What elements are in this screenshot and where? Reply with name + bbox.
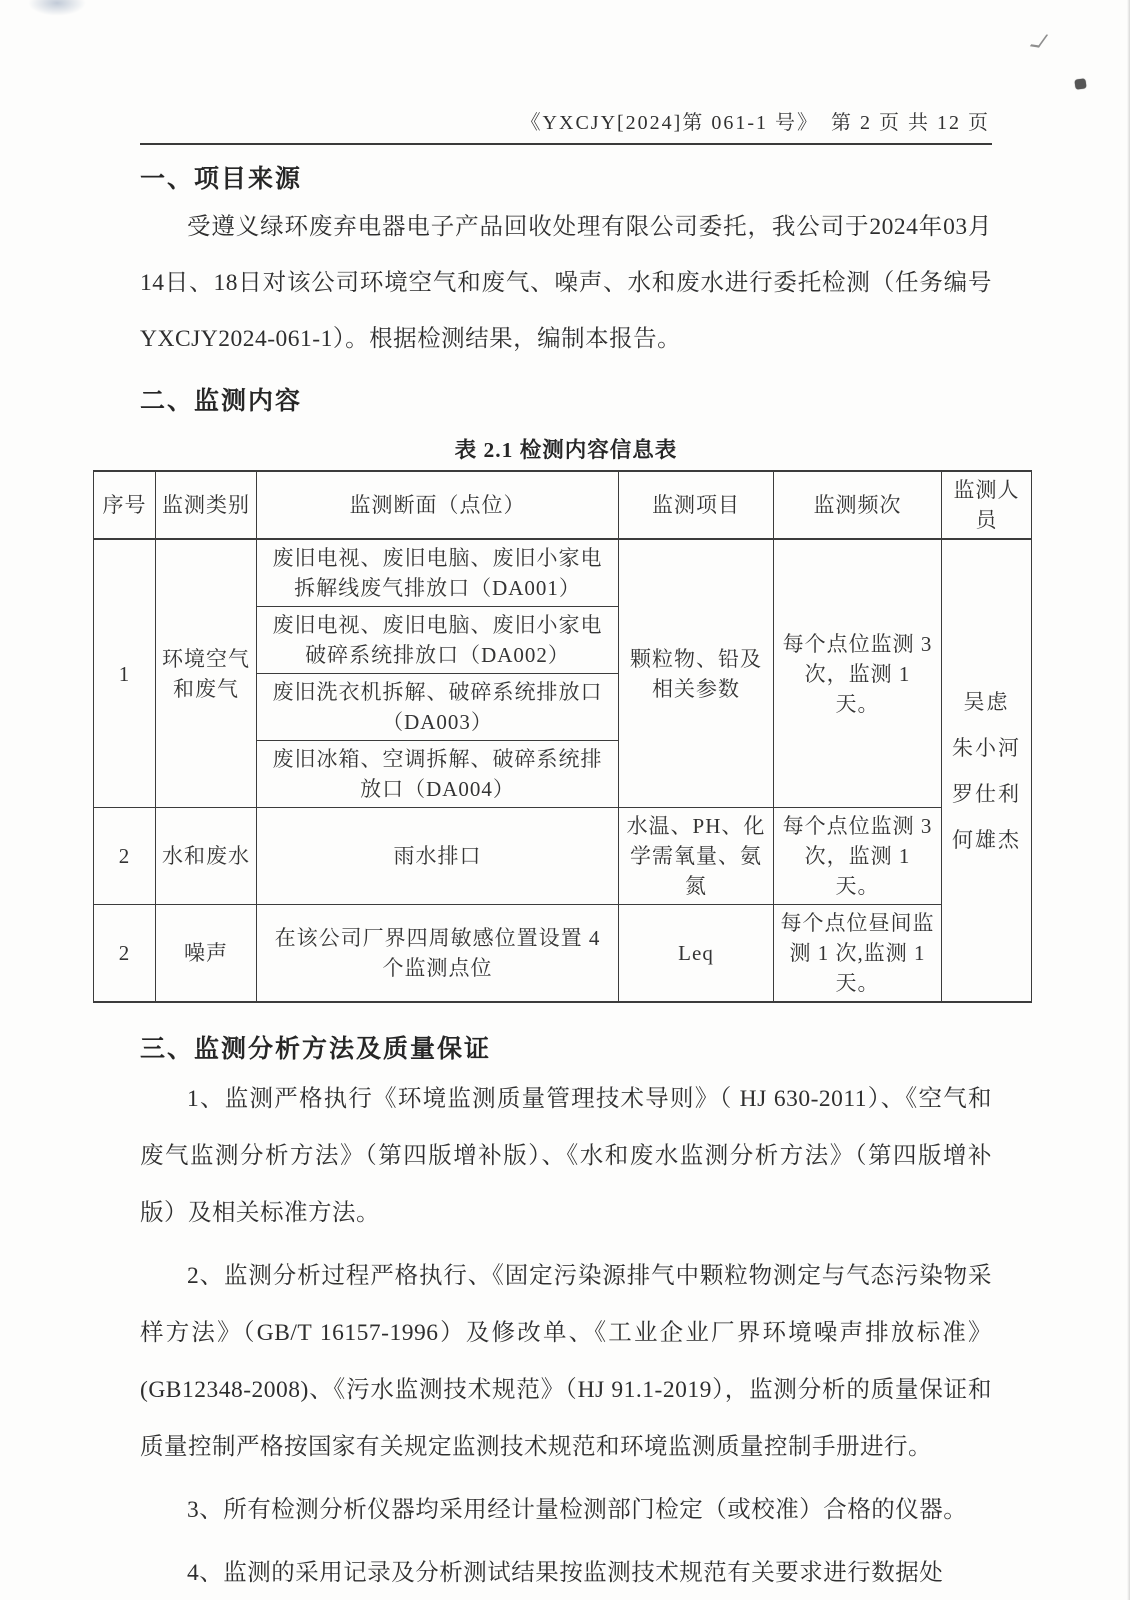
personnel-name: 罗仕利	[948, 779, 1025, 809]
scan-smudge-mark	[28, 0, 86, 16]
personnel-name: 朱小河	[948, 733, 1025, 763]
cell-project-water: 水温、PH、化学需氧量、氨氮	[619, 808, 774, 905]
header-category: 监测类别	[156, 471, 257, 539]
table-row: 2 水和废水 雨水排口 水温、PH、化学需氧量、氨氮 每个点位监测 3 次，监测…	[94, 808, 1032, 905]
cell-frequency-water: 每个点位监测 3 次，监测 1 天。	[774, 808, 942, 905]
section3-paragraph-4: 4、监测的采用记录及分析测试结果按监测技术规范有关要求进行数据处	[140, 1545, 992, 1600]
personnel-name: 吴虑	[948, 687, 1025, 717]
cell-point-water: 雨水排口	[257, 808, 619, 905]
section3-paragraph-3: 3、所有检测分析仪器均采用经计量检测部门检定（或校准）合格的仪器。	[140, 1482, 992, 1539]
section1-paragraph: 受遵义绿环废弃电器电子产品回收处理有限公司委托，我公司于2024年03月14日、…	[140, 199, 992, 367]
cell-project-air: 颗粒物、铅及相关参数	[619, 539, 774, 808]
table-row: 2 噪声 在该公司厂界四周敏感位置设置 4 个监测点位 Leq 每个点位昼间监测…	[94, 905, 1032, 1003]
cell-category-air: 环境空气和废气	[156, 539, 257, 808]
cell-point-da004: 废旧冰箱、空调拆解、破碎系统排放口（DA004）	[257, 741, 619, 808]
table-row: 1 环境空气和废气 废旧电视、废旧电脑、废旧小家电拆解线废气排放口（DA001）…	[94, 539, 1032, 607]
cell-seq-1: 1	[94, 539, 156, 808]
header-rule-line	[140, 143, 992, 145]
header-frequency: 监测频次	[774, 471, 942, 539]
scan-speck-dot	[1074, 78, 1086, 89]
document-content: 《YXCJY[2024]第 061-1 号》 第 2 页 共 12 页 一、项目…	[140, 106, 992, 1600]
section1-title: 一、项目来源	[140, 159, 992, 195]
section3-paragraph-1: 1、监测严格执行《环境监测质量管理技术导则》（ HJ 630-2011）、《空气…	[140, 1071, 992, 1242]
cell-point-da002: 废旧电视、废旧电脑、废旧小家电破碎系统排放口（DA002）	[257, 607, 619, 674]
monitoring-content-table: 序号 监测类别 监测断面（点位） 监测项目 监测频次 监测人员 1 环境空气和废…	[93, 470, 1032, 1003]
scanned-document-page: 《YXCJY[2024]第 061-1 号》 第 2 页 共 12 页 一、项目…	[0, 0, 1130, 1600]
cell-point-da001: 废旧电视、废旧电脑、废旧小家电拆解线废气排放口（DA001）	[257, 539, 619, 607]
section2-title: 二、监测内容	[140, 381, 992, 417]
cell-personnel: 吴虑 朱小河 罗仕利 何雄杰	[942, 539, 1032, 1002]
header-point: 监测断面（点位）	[257, 471, 619, 539]
cell-frequency-air: 每个点位监测 3 次，监测 1 天。	[774, 539, 942, 808]
cell-category-water: 水和废水	[156, 808, 257, 905]
table-header-row: 序号 监测类别 监测断面（点位） 监测项目 监测频次 监测人员	[94, 471, 1032, 539]
cell-project-noise: Leq	[619, 905, 774, 1003]
scan-speck-squiggle	[1030, 33, 1048, 47]
table-caption: 表 2.1 检测内容信息表	[140, 433, 992, 464]
header-personnel: 监测人员	[942, 471, 1032, 539]
cell-seq-2: 2	[94, 808, 156, 905]
cell-point-da003: 废旧洗衣机拆解、破碎系统排放口（DA003）	[257, 674, 619, 741]
section3-paragraph-2: 2、监测分析过程严格执行、《固定污染源排气中颗粒物测定与气态污染物采样方法》（G…	[140, 1248, 992, 1476]
header-seq: 序号	[94, 471, 156, 539]
cell-frequency-noise: 每个点位昼间监测 1 次,监测 1 天。	[774, 905, 942, 1003]
header-project: 监测项目	[619, 471, 774, 539]
section3-title: 三、监测分析方法及质量保证	[140, 1029, 992, 1065]
cell-seq-3: 2	[94, 905, 156, 1003]
personnel-name: 何雄杰	[948, 825, 1025, 855]
document-number-header: 《YXCJY[2024]第 061-1 号》 第 2 页 共 12 页	[140, 106, 992, 135]
cell-point-noise: 在该公司厂界四周敏感位置设置 4 个监测点位	[257, 905, 619, 1003]
cell-category-noise: 噪声	[156, 905, 257, 1003]
